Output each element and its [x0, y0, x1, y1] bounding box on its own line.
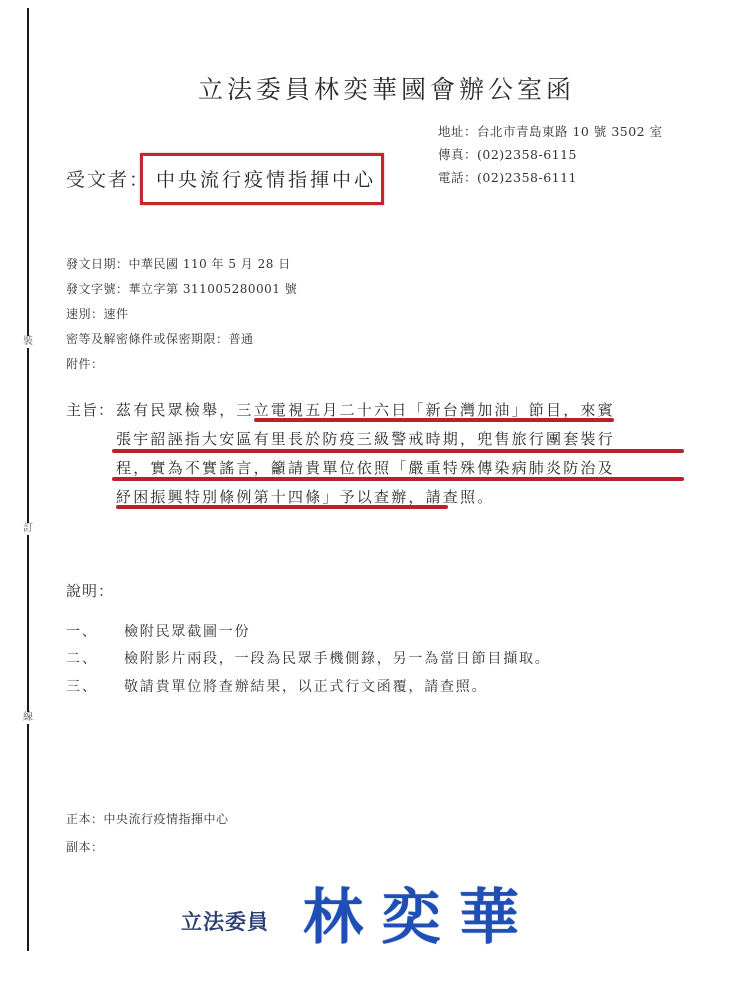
document-number: 發文字號：華立字第 311005280001 號 — [66, 280, 297, 297]
signature-name-stamp: 林奕華 — [303, 870, 537, 956]
subject-underline-1 — [254, 418, 614, 422]
attachments: 附件： — [66, 355, 104, 372]
office-fax: 傳真：(02)2358-6115 — [438, 145, 577, 163]
binding-line — [27, 8, 29, 951]
signature-title: 立法委員 — [181, 906, 269, 936]
subject-underline-2 — [112, 449, 684, 453]
explanation-number-2: 二、 — [66, 648, 98, 668]
recipient-name: 中央流行疫情指揮中心 — [156, 165, 376, 192]
subject-line-1: 茲有民眾檢舉，三立電視五月二十六日「新台灣加油」節目，來賓 — [116, 399, 615, 420]
subject-underline-3 — [112, 477, 684, 481]
office-phone: 電話：(02)2358-6111 — [438, 168, 577, 186]
explanation-item-3: 敬請貴單位將查辦結果，以正式行文函覆，請查照。 — [124, 676, 487, 696]
binding-mark-staple: 訂 — [18, 523, 38, 535]
urgency: 速別：速件 — [66, 305, 129, 322]
subject-underline-4 — [116, 505, 448, 509]
explanation-number-3: 三、 — [66, 676, 98, 696]
office-address: 地址：台北市青島東路 10 號 3502 室 — [438, 122, 663, 140]
binding-mark-line: 線 — [18, 712, 38, 724]
explanation-number-1: 一、 — [66, 621, 98, 641]
document-title: 立法委員林奕華國會辦公室函 — [198, 70, 575, 106]
subject-line-4: 紓困振興特別條例第十四條」予以查辦，請查照。 — [116, 486, 494, 507]
binding-mark-bind: 裝 — [18, 336, 38, 348]
subject-line-3: 程，實為不實謠言，籲請貴單位依照「嚴重特殊傳染病肺炎防治及 — [116, 457, 615, 478]
explanation-label: 說明： — [66, 580, 114, 601]
explanation-item-2: 檢附影片兩段，一段為民眾手機側錄，另一為當日節目擷取。 — [124, 648, 551, 668]
issue-date: 發文日期：中華民國 110 年 5 月 28 日 — [66, 255, 291, 272]
classification: 密等及解密條件或保密期限：普通 — [66, 330, 254, 347]
subject-line-2: 張宇韶誣指大安區有里長於防疫三級警戒時期，兜售旅行團套裝行 — [116, 428, 615, 449]
subject-label: 主旨： — [66, 399, 114, 420]
explanation-item-1: 檢附民眾截圖一份 — [124, 621, 250, 641]
copy-recipient: 副本： — [66, 838, 104, 855]
recipient-label: 受文者： — [66, 165, 150, 192]
original-recipient: 正本：中央流行疫情指揮中心 — [66, 810, 229, 827]
